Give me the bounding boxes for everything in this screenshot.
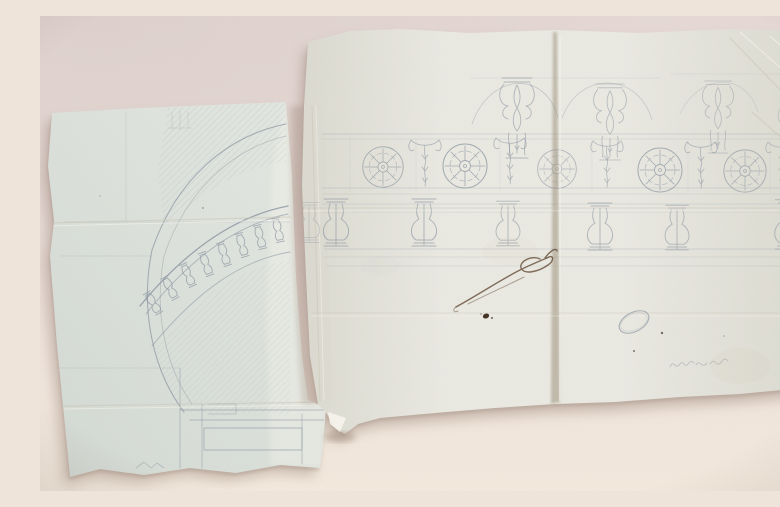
photo-canvas [40,16,780,491]
photograph-of-antique-drawing [40,16,780,491]
photo-vignette [40,16,780,491]
